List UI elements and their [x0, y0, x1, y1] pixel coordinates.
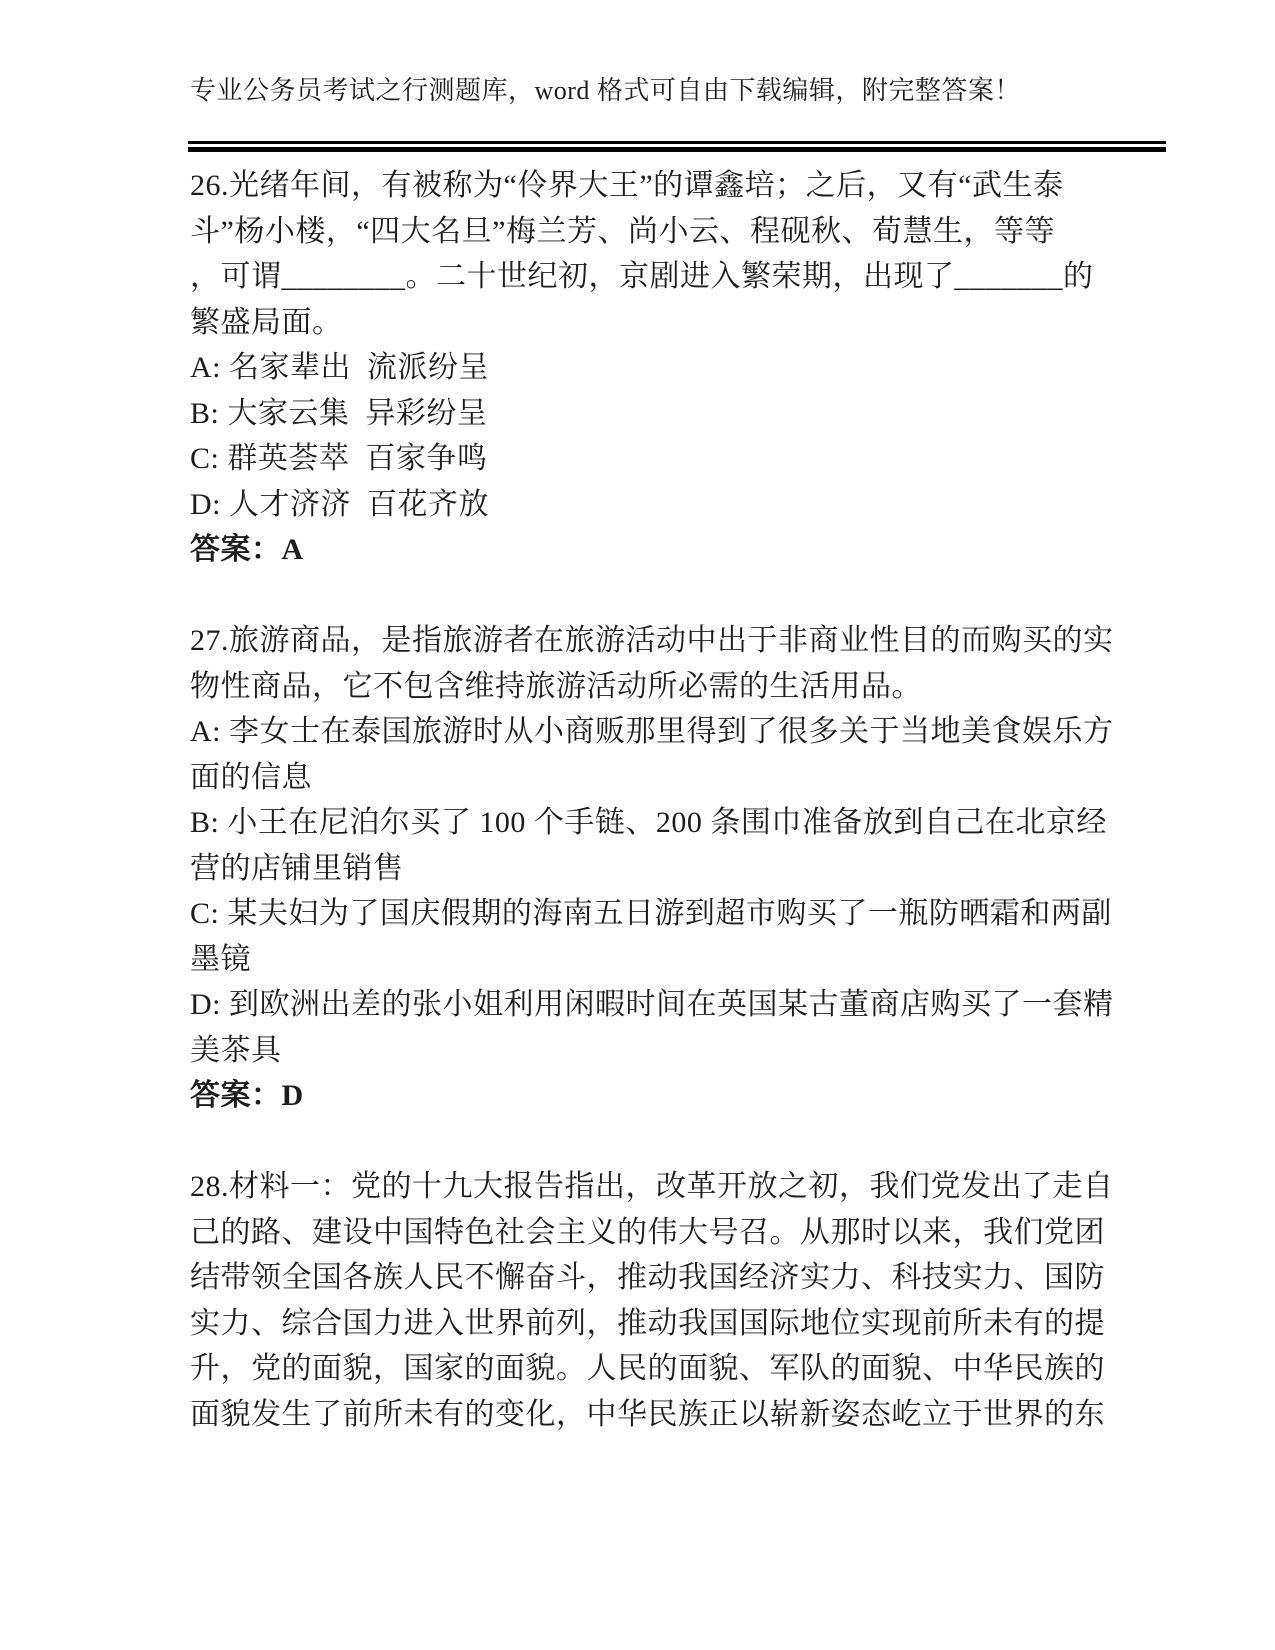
question-text-line: 物性商品，它不包含维持旅游活动所必需的生活用品。 — [190, 664, 1168, 710]
blank-line — [190, 573, 1168, 619]
option-line: A: 名家辈出 流派纷呈 — [190, 345, 1168, 391]
question-text-line: 结带领全国各族人民不懈奋斗，推动我国经济实力、科技实力、国防 — [190, 1255, 1168, 1301]
option-line: B: 小王在尼泊尔买了 100 个手链、200 条围巾准备放到自己在北京经 — [190, 800, 1168, 846]
option-line: 美茶具 — [190, 1028, 1168, 1074]
answer-line: 答案：D — [190, 1073, 1168, 1119]
question-text-line: 26.光绪年间，有被称为“伶界大王”的谭鑫培；之后，又有“武生泰 — [190, 163, 1168, 209]
question-text-line: 升，党的面貌，国家的面貌。人民的面貌、军队的面貌、中华民族的 — [190, 1346, 1168, 1392]
option-line: A: 李女士在泰国旅游时从小商贩那里得到了很多关于当地美食娱乐方 — [190, 709, 1168, 755]
option-line: 面的信息 — [190, 755, 1168, 801]
question-text-line: 实力、综合国力进入世界前列，推动我国国际地位实现前所未有的提 — [190, 1301, 1168, 1347]
option-line: B: 大家云集 异彩纷呈 — [190, 391, 1168, 437]
option-line: D: 人才济济 百花齐放 — [190, 482, 1168, 528]
question-text-line: 面貌发生了前所未有的变化，中华民族正以崭新姿态屹立于世界的东 — [190, 1392, 1168, 1438]
header-divider-rule — [188, 141, 1166, 152]
document-header-title: 专业公务员考试之行测题库，word 格式可自由下载编辑，附完整答案！ — [190, 74, 1170, 108]
option-line: D: 到欧洲出差的张小姐利用闲暇时间在英国某古董商店购买了一套精 — [190, 982, 1168, 1028]
document-body: 26.光绪年间，有被称为“伶界大王”的谭鑫培；之后，又有“武生泰斗”杨小楼，“四… — [190, 163, 1168, 1437]
question-text-line: 28.材料一：党的十九大报告指出，改革开放之初，我们党发出了走自 — [190, 1164, 1168, 1210]
option-line: C: 某夫妇为了国庆假期的海南五日游到超市购买了一瓶防晒霜和两副 — [190, 891, 1168, 937]
question-text-line: 27.旅游商品，是指旅游者在旅游活动中出于非商业性目的而购买的实 — [190, 618, 1168, 664]
question-text-line: 斗”杨小楼，“四大名旦”梅兰芳、尚小云、程砚秋、荀慧生，等等 — [190, 209, 1168, 255]
document-page: 专业公务员考试之行测题库，word 格式可自由下载编辑，附完整答案！ 26.光绪… — [0, 0, 1275, 1650]
blank-line — [190, 1119, 1168, 1165]
question-text-line: 己的路、建设中国特色社会主义的伟大号召。从那时以来，我们党团 — [190, 1210, 1168, 1256]
option-line: 营的店铺里销售 — [190, 846, 1168, 892]
question-text-line: ，可谓________。二十世纪初，京剧进入繁荣期，出现了_______的 — [190, 254, 1168, 300]
question-text-line: 繁盛局面。 — [190, 300, 1168, 346]
option-line: 墨镜 — [190, 937, 1168, 983]
option-line: C: 群英荟萃 百家争鸣 — [190, 436, 1168, 482]
answer-line: 答案：A — [190, 527, 1168, 573]
